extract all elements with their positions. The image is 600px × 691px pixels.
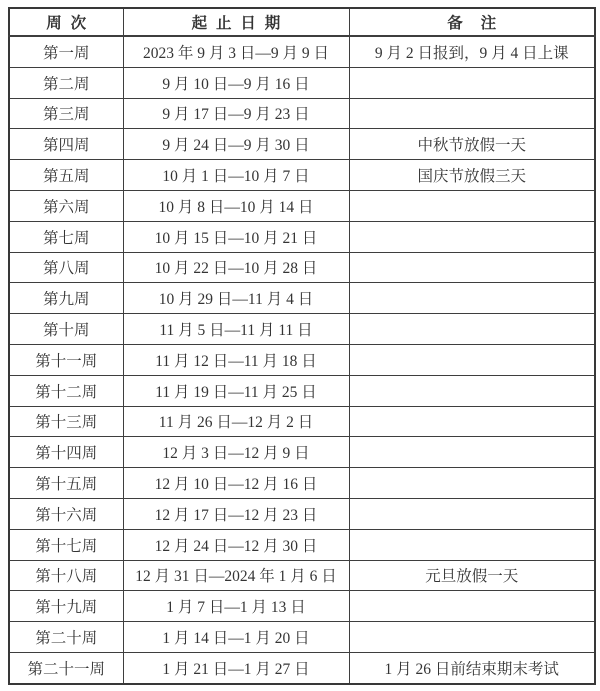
academic-calendar-table: 周 次 起 止 日 期 备 注 第一周 2023 年 9 月 3 日—9 月 9… [8, 7, 596, 685]
table-row: 第四周 9 月 24 日—9 月 30 日 中秋节放假一天 [9, 129, 595, 160]
calendar-table-body: 第一周 2023 年 9 月 3 日—9 月 9 日 9 月 2 日报到，9 月… [9, 36, 595, 684]
table-row: 第九周 10 月 29 日—11 月 4 日 [9, 283, 595, 314]
week-cell: 第二十一周 [9, 652, 123, 683]
week-cell: 第二十周 [9, 622, 123, 653]
remark-column-header: 备 注 [349, 8, 595, 36]
table-row: 第十五周 12 月 10 日—12 月 16 日 [9, 468, 595, 499]
week-cell: 第十二周 [9, 375, 123, 406]
week-cell: 第十一周 [9, 344, 123, 375]
table-row: 第二十周 1 月 14 日—1 月 20 日 [9, 622, 595, 653]
remark-cell [349, 529, 595, 560]
week-cell: 第十八周 [9, 560, 123, 591]
week-cell: 第十周 [9, 314, 123, 345]
dates-cell: 10 月 22 日—10 月 28 日 [123, 252, 349, 283]
dates-cell: 9 月 10 日—9 月 16 日 [123, 67, 349, 98]
dates-cell: 11 月 26 日—12 月 2 日 [123, 406, 349, 437]
dates-column-header: 起 止 日 期 [123, 8, 349, 36]
week-cell: 第十五周 [9, 468, 123, 499]
dates-cell: 9 月 17 日—9 月 23 日 [123, 98, 349, 129]
dates-cell: 10 月 15 日—10 月 21 日 [123, 221, 349, 252]
table-row: 第十六周 12 月 17 日—12 月 23 日 [9, 498, 595, 529]
remark-cell [349, 406, 595, 437]
week-cell: 第五周 [9, 160, 123, 191]
table-row: 第三周 9 月 17 日—9 月 23 日 [9, 98, 595, 129]
table-row: 第十周 11 月 5 日—11 月 11 日 [9, 314, 595, 345]
calendar-table-header: 周 次 起 止 日 期 备 注 [9, 8, 595, 36]
week-cell: 第六周 [9, 190, 123, 221]
week-cell: 第七周 [9, 221, 123, 252]
week-cell: 第二周 [9, 67, 123, 98]
table-row: 第十七周 12 月 24 日—12 月 30 日 [9, 529, 595, 560]
table-row: 第二周 9 月 10 日—9 月 16 日 [9, 67, 595, 98]
table-row: 第十八周 12 月 31 日—2024 年 1 月 6 日 元旦放假一天 [9, 560, 595, 591]
dates-cell: 12 月 31 日—2024 年 1 月 6 日 [123, 560, 349, 591]
week-cell: 第十七周 [9, 529, 123, 560]
remark-cell [349, 314, 595, 345]
dates-cell: 11 月 5 日—11 月 11 日 [123, 314, 349, 345]
dates-cell: 12 月 24 日—12 月 30 日 [123, 529, 349, 560]
dates-cell: 12 月 17 日—12 月 23 日 [123, 498, 349, 529]
week-cell: 第九周 [9, 283, 123, 314]
table-row: 第二十一周 1 月 21 日—1 月 27 日 1 月 26 日前结束期末考试 [9, 652, 595, 683]
remark-cell: 9 月 2 日报到，9 月 4 日上课 [349, 36, 595, 67]
table-row: 第十九周 1 月 7 日—1 月 13 日 [9, 591, 595, 622]
remark-cell [349, 498, 595, 529]
table-row: 第十四周 12 月 3 日—12 月 9 日 [9, 437, 595, 468]
table-row: 第十二周 11 月 19 日—11 月 25 日 [9, 375, 595, 406]
dates-cell: 12 月 3 日—12 月 9 日 [123, 437, 349, 468]
dates-cell: 1 月 21 日—1 月 27 日 [123, 652, 349, 683]
week-cell: 第十九周 [9, 591, 123, 622]
table-row: 第七周 10 月 15 日—10 月 21 日 [9, 221, 595, 252]
dates-cell: 10 月 1 日—10 月 7 日 [123, 160, 349, 191]
header-row: 周 次 起 止 日 期 备 注 [9, 8, 595, 36]
dates-cell: 9 月 24 日—9 月 30 日 [123, 129, 349, 160]
dates-cell: 1 月 7 日—1 月 13 日 [123, 591, 349, 622]
week-cell: 第十三周 [9, 406, 123, 437]
remark-cell [349, 221, 595, 252]
week-column-header: 周 次 [9, 8, 123, 36]
dates-cell: 1 月 14 日—1 月 20 日 [123, 622, 349, 653]
dates-cell: 10 月 29 日—11 月 4 日 [123, 283, 349, 314]
remark-cell [349, 67, 595, 98]
table-row: 第八周 10 月 22 日—10 月 28 日 [9, 252, 595, 283]
remark-cell [349, 344, 595, 375]
week-cell: 第十四周 [9, 437, 123, 468]
week-cell: 第三周 [9, 98, 123, 129]
remark-cell: 国庆节放假三天 [349, 160, 595, 191]
table-row: 第六周 10 月 8 日—10 月 14 日 [9, 190, 595, 221]
remark-cell [349, 468, 595, 499]
dates-cell: 11 月 12 日—11 月 18 日 [123, 344, 349, 375]
table-row: 第一周 2023 年 9 月 3 日—9 月 9 日 9 月 2 日报到，9 月… [9, 36, 595, 67]
remark-cell [349, 252, 595, 283]
remark-cell: 元旦放假一天 [349, 560, 595, 591]
remark-cell [349, 437, 595, 468]
remark-cell [349, 622, 595, 653]
remark-cell [349, 190, 595, 221]
dates-cell: 12 月 10 日—12 月 16 日 [123, 468, 349, 499]
table-row: 第十三周 11 月 26 日—12 月 2 日 [9, 406, 595, 437]
remark-cell [349, 98, 595, 129]
remark-cell: 中秋节放假一天 [349, 129, 595, 160]
dates-cell: 10 月 8 日—10 月 14 日 [123, 190, 349, 221]
remark-cell [349, 375, 595, 406]
remark-cell [349, 591, 595, 622]
table-row: 第十一周 11 月 12 日—11 月 18 日 [9, 344, 595, 375]
week-cell: 第八周 [9, 252, 123, 283]
dates-cell: 2023 年 9 月 3 日—9 月 9 日 [123, 36, 349, 67]
remark-cell [349, 283, 595, 314]
table-row: 第五周 10 月 1 日—10 月 7 日 国庆节放假三天 [9, 160, 595, 191]
dates-cell: 11 月 19 日—11 月 25 日 [123, 375, 349, 406]
week-cell: 第十六周 [9, 498, 123, 529]
remark-cell: 1 月 26 日前结束期末考试 [349, 652, 595, 683]
week-cell: 第一周 [9, 36, 123, 67]
week-cell: 第四周 [9, 129, 123, 160]
